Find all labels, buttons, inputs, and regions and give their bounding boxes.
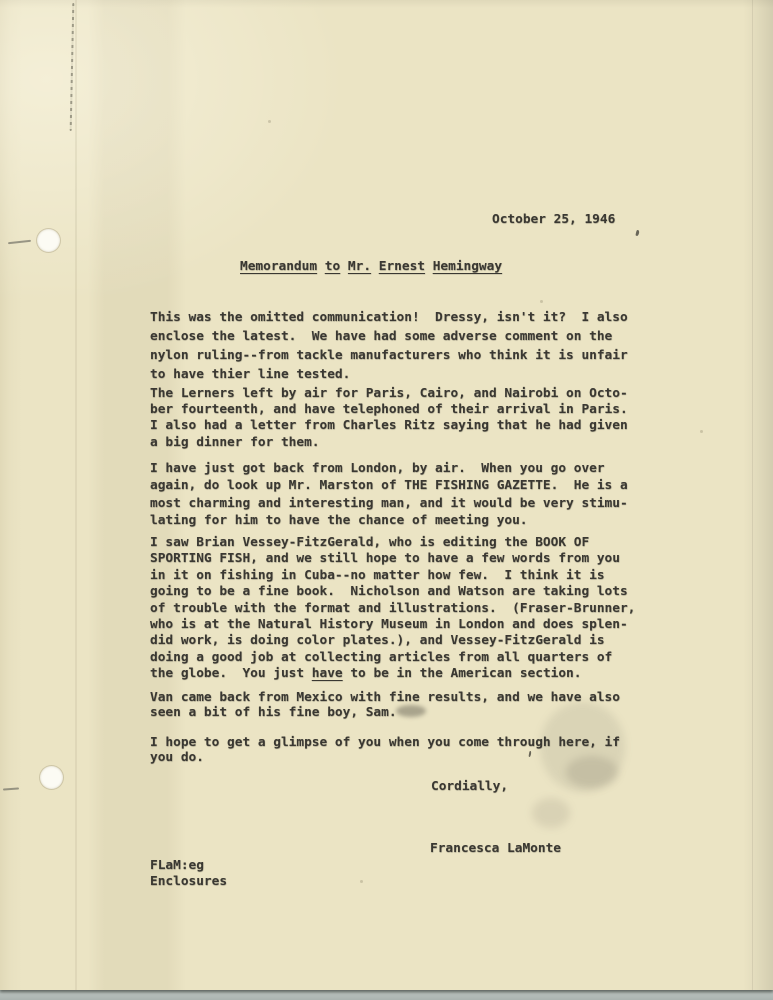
text-line: ber fourteenth, and have telephoned of t… [150,402,628,418]
title-word: Hemingway [433,259,502,274]
text-line: the globe. You just have to be in the Am… [150,666,635,682]
text-line: seen a bit of his fine boy, Sam. [150,705,620,720]
letter-title: Memorandum to Mr. Ernest Hemingway [240,259,502,274]
letter-date: October 25, 1946 [492,212,615,227]
title-word: Ernest [379,259,425,274]
text-line: The Lerners left by air for Paris, Cairo… [150,386,628,402]
title-word: Memorandum [240,259,317,274]
closing-salutation: Cordially, [431,779,508,794]
pencil-dash [3,787,19,790]
text-line: Van came back from Mexico with fine resu… [150,690,620,705]
punch-hole-top [37,229,60,252]
paragraph: I saw Brian Vessey-FitzGerald, who is ed… [150,535,635,683]
punch-hole-bottom [40,766,63,789]
paragraph: The Lerners left by air for Paris, Cairo… [150,386,628,451]
paper-speckle [360,880,363,883]
typist-reference: FLaM:eg [150,858,204,873]
text-line: nylon ruling--from tackle manufacturers … [150,346,628,365]
text-line: going to be a fine book. Nicholson and W… [150,584,635,600]
text-line: a big dinner for them. [150,435,628,451]
pencil-dash [8,240,31,244]
paper-speckle [700,430,703,433]
text-line: you do. [150,750,620,765]
paper-crease [752,0,753,990]
paragraph: This was the omitted communication! Dres… [150,308,628,384]
paragraph: I hope to get a glimpse of you when you … [150,735,620,766]
text-line: I saw Brian Vessey-FitzGerald, who is ed… [150,535,635,551]
text-line: in it on fishing in Cuba--no matter how … [150,568,635,584]
underlined-word: have [312,666,343,681]
text-line: I also had a letter from Charles Ritz sa… [150,418,628,434]
text-line: did work, is doing color plates.), and V… [150,633,635,649]
pencil-mark [70,3,75,131]
text-line: who is at the Natural History Museum in … [150,617,635,633]
enclosures-note: Enclosures [150,874,227,889]
text-line: of trouble with the format and illustrat… [150,601,635,617]
text-line: lating for him to have the chance of mee… [150,512,628,529]
paper-speckle [540,300,543,303]
text-line: enclose the latest. We have had some adv… [150,327,628,346]
paragraph: I have just got back from London, by air… [150,460,628,529]
text-line: SPORTING FISH, and we still hope to have… [150,551,635,567]
text-line: doing a good job at collecting articles … [150,650,635,666]
paper-sheet: October 25, 1946 Memorandum to Mr. Ernes… [0,0,773,990]
paper-speckle [268,120,271,123]
paragraph: Van came back from Mexico with fine resu… [150,690,620,721]
scanned-letter: October 25, 1946 Memorandum to Mr. Ernes… [0,0,773,1000]
text-line: again, do look up Mr. Marston of THE FIS… [150,477,628,494]
title-word: to [325,259,340,274]
text-line: I hope to get a glimpse of you when you … [150,735,620,750]
stray-ink-mark [635,230,639,237]
text-line: I have just got back from London, by air… [150,460,628,477]
text-line: to have thier line tested. [150,365,628,384]
paper-crease [75,0,77,990]
ink-smudge [532,798,570,828]
text-line: most charming and interesting man, and i… [150,495,628,512]
title-word: Mr. [348,259,371,274]
signature-name: Francesca LaMonte [430,841,561,856]
text-line: This was the omitted communication! Dres… [150,308,628,327]
